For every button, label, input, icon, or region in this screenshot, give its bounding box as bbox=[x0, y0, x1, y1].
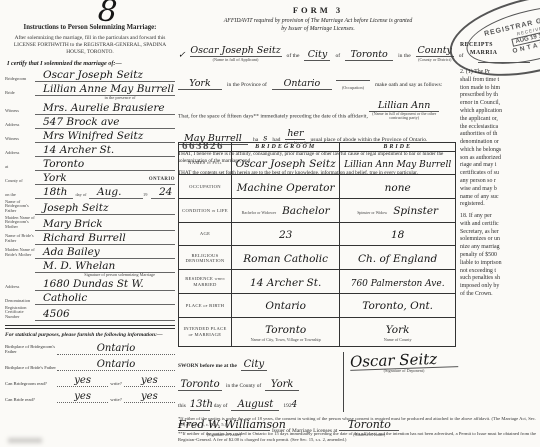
receipts-line1: RECEIPTS bbox=[460, 42, 493, 48]
solemnizer-signature: M. D. Whelan bbox=[35, 260, 175, 273]
field-label: Bride bbox=[5, 91, 35, 97]
groom-names: Oscar Joseph Seitz bbox=[232, 151, 340, 175]
field-value: 14 Archer St. bbox=[35, 144, 175, 157]
place-type-field: City bbox=[304, 44, 330, 62]
field-row-witness-1: Witness Mrs. Aurelie Brausiere bbox=[5, 102, 175, 115]
field-row-county: County of York ONTARIO bbox=[5, 172, 175, 185]
field-row-registration-number: Registration Certificate Number 4506 bbox=[5, 306, 175, 321]
bride-occupation: none bbox=[340, 175, 456, 199]
stat-value: yes bbox=[57, 375, 108, 387]
groom-age: 23 bbox=[232, 222, 340, 246]
field-value: Mrs. Aurelie Brausiere bbox=[35, 102, 175, 115]
cell-value: Roman Catholic bbox=[243, 253, 328, 265]
field-label: Name of Bridegroom's Father bbox=[5, 200, 35, 215]
province-line: York in the Province of Ontario (Occupat… bbox=[178, 68, 458, 91]
cell-value: Ontario bbox=[265, 300, 306, 312]
field-value: Ada Bailey bbox=[35, 246, 175, 259]
field-label: Name of Bride's Father bbox=[5, 234, 35, 244]
abode-paragraph: That, for the space of fifteen days** im… bbox=[178, 101, 458, 121]
document-scan: 8 Instructions to Person Solemnizing Mar… bbox=[0, 0, 540, 447]
row-label: PLACE of BIRTH bbox=[179, 293, 232, 317]
field-label: Maiden Name of Bride's Mother bbox=[5, 248, 35, 258]
bridegroom-column-header: BRIDEGROOM bbox=[232, 143, 340, 152]
field-label: Witness bbox=[5, 109, 35, 115]
footnote-residence: **If neither of the parties has resided … bbox=[178, 431, 536, 444]
stat-label-write: write? bbox=[108, 397, 123, 403]
field-row-solemnizer-signature: M. D. Whelan bbox=[5, 260, 175, 273]
cell-value: 23 bbox=[279, 229, 292, 241]
field-row-witness-2: Witness Mrs Winifred Seitz bbox=[5, 130, 175, 143]
receipts-line2: MARRIA bbox=[470, 50, 540, 58]
groom-occupation: Machine Operator bbox=[232, 175, 340, 199]
cell-sublabel: Name of City, Town, Village or Township bbox=[234, 338, 337, 343]
field-value: 4506 bbox=[35, 308, 175, 321]
applicant-line: ✓ Oscar Joseph Seitz (Name in full of Ap… bbox=[178, 40, 458, 63]
sworn-left: SWORN before me at the City Toronto in t… bbox=[178, 352, 343, 412]
solemnization-section: Instructions to Person Solemnizing Marri… bbox=[5, 24, 175, 403]
applicant-name-sublabel: (Name in full of Applicant) bbox=[190, 58, 282, 63]
bride-religion: Ch. of England bbox=[340, 246, 456, 270]
groom-religion: Roman Catholic bbox=[232, 246, 340, 270]
cell-value: 18 bbox=[391, 229, 404, 241]
field-value: Catholic bbox=[35, 292, 175, 305]
check-mark: ✓ bbox=[178, 50, 186, 60]
cell-value: Spinster bbox=[393, 205, 438, 217]
table-row-names: NAMES in Full Oscar Joseph Seitz Lillian… bbox=[179, 151, 456, 175]
cell-sublabel: Spinster or Widow bbox=[357, 210, 387, 215]
day-value: 18th bbox=[35, 186, 73, 199]
stat-label: Can Bride read? bbox=[5, 397, 57, 403]
solemnizer-signature-sublabel: Signature of person solemnizing Marriage bbox=[5, 273, 155, 277]
stat-value: yes bbox=[57, 391, 108, 403]
footnotes: *If either of the parties is under the a… bbox=[178, 414, 536, 444]
cell-value: Oscar Joseph Seitz bbox=[236, 158, 336, 170]
instructions-body: After solemnizing the marriage, fill in … bbox=[5, 35, 175, 55]
intended-place-county: York Name of County bbox=[340, 317, 456, 346]
table-row-residence: RESIDENCE when MARRIED 14 Archer St. 760… bbox=[179, 270, 456, 294]
statute-paragraph-2: 2. (1) The Pr shall from time t tion mad… bbox=[460, 69, 540, 209]
affidavit-intro-line2: by Issuer of Marriage Licenses. bbox=[281, 26, 355, 32]
year-printed: 192 bbox=[283, 403, 291, 409]
field-label bbox=[5, 272, 35, 273]
groom-condition: Bachelor or Widower Bachelor bbox=[232, 199, 340, 223]
field-value: Mary Brick bbox=[35, 218, 175, 231]
stat-row-groom-father-birthplace: Birthplace of Bridegroom's Father Ontari… bbox=[5, 343, 175, 355]
row-label: NAMES in Full bbox=[179, 151, 232, 175]
field-label: Registration Certificate Number bbox=[5, 306, 35, 321]
license-stamp-number: 663826 bbox=[182, 140, 224, 152]
sworn-month: August bbox=[231, 400, 279, 411]
field-row-date: on the 18th day of Aug. 19 24 bbox=[5, 186, 175, 199]
province-value: Ontario bbox=[272, 79, 332, 90]
stat-label: Birthplace of Bride's Father bbox=[5, 365, 57, 371]
bride-column-header: BRIDE bbox=[340, 143, 456, 152]
cell-value: Toronto, Ont. bbox=[362, 300, 433, 312]
table-row-religion: RELIGIOUS DENOMINATION Roman Catholic Ch… bbox=[179, 246, 456, 270]
field-row-bride: Bride Lillian Anne May Burrell bbox=[5, 83, 175, 96]
county-sublabel: (County or District) bbox=[416, 58, 454, 63]
stat-value: yes bbox=[124, 375, 175, 387]
marriage-details-table: 663826 BRIDEGROOM BRIDE NAMES in Full Os… bbox=[178, 142, 456, 347]
cell-value: none bbox=[385, 182, 411, 194]
deponent-name-field: Lillian Ann (Name in full of deponent or… bbox=[369, 101, 439, 121]
field-row-groom-father: Name of Bridegroom's Father Joseph Seitz bbox=[5, 200, 175, 215]
printed-text: in the Province of bbox=[227, 82, 267, 88]
field-value: York bbox=[35, 172, 149, 185]
field-row-at: at Toronto bbox=[5, 158, 175, 171]
field-label: Address bbox=[5, 123, 35, 129]
field-value: Mrs Winifred Seitz bbox=[35, 130, 175, 143]
bride-names: Lillian Ann May Burrell bbox=[340, 151, 456, 175]
row-label: RESIDENCE when MARRIED bbox=[179, 270, 232, 294]
printed-text: That, for the space of fifteen days** im… bbox=[178, 114, 368, 120]
sworn-city: Toronto bbox=[178, 380, 222, 391]
statute-margin-column: RECEIPTS MARRIA 2. (1) The Pr shall from… bbox=[460, 42, 540, 299]
printed-text: this bbox=[178, 403, 186, 409]
cell-value: Lillian Ann May Burrell bbox=[344, 160, 451, 170]
field-row-groom-mother: Maiden Name of Bridegroom's Mother Mary … bbox=[5, 216, 175, 231]
field-label: Address bbox=[5, 151, 35, 157]
stat-row-bride-literacy: Can Bride read? yes write? yes bbox=[5, 391, 175, 403]
field-label: Denomination bbox=[5, 299, 35, 305]
pronoun-value: her bbox=[285, 129, 305, 140]
cell-value: Ch. of England bbox=[358, 253, 437, 265]
city-field: Toronto bbox=[345, 44, 393, 62]
occupation-field: (Occupation) bbox=[336, 68, 370, 91]
groom-birthplace: Ontario bbox=[232, 293, 340, 317]
field-label: day of bbox=[73, 193, 89, 199]
deponent-signature-block: Oscar Seitz (Signature of Deponent) bbox=[343, 352, 458, 412]
bride-birthplace: Toronto, Ont. bbox=[340, 293, 456, 317]
applicant-name: Oscar Joseph Seitz bbox=[190, 46, 282, 57]
row-label: RELIGIOUS DENOMINATION bbox=[179, 246, 232, 270]
field-value: Richard Burrell bbox=[35, 232, 175, 245]
certify-line: I certify that I solemnized the marriage… bbox=[7, 60, 175, 67]
row-label: CONDITION in LIFE bbox=[179, 199, 232, 223]
field-label: Maiden Name of Bridegroom's Mother bbox=[5, 216, 35, 231]
table-row-birthplace: PLACE of BIRTH Ontario Toronto, Ont. bbox=[179, 293, 456, 317]
field-label: at bbox=[5, 165, 35, 171]
field-value: Oscar Joseph Seitz bbox=[35, 69, 175, 82]
bride-age: 18 bbox=[340, 222, 456, 246]
province-suffix: ONTARIO bbox=[149, 177, 175, 185]
field-row-address-1: Address 547 Brock ave bbox=[5, 116, 175, 129]
stat-label: Birthplace of Bridegroom's Father bbox=[5, 344, 57, 355]
applicant-name-field: Oscar Joseph Seitz (Name in full of Appl… bbox=[190, 40, 282, 63]
province-field: Ontario bbox=[272, 73, 332, 91]
field-value: Joseph Seitz bbox=[35, 202, 175, 215]
deponent-sublabel: (Name in full of deponent or the other c… bbox=[369, 112, 439, 121]
affidavit-intro: AFFIDAVIT required by provision of The M… bbox=[178, 18, 458, 34]
city-value: Toronto bbox=[345, 50, 393, 61]
printed-text: day of bbox=[214, 403, 228, 409]
section-divider bbox=[5, 325, 175, 329]
statute-paragraph-18: 18. If any per with and certific Secreta… bbox=[460, 213, 540, 299]
footnote-consent: *If either of the parties is under the a… bbox=[178, 416, 536, 429]
scan-smudge bbox=[8, 438, 42, 443]
printed-text: in the bbox=[398, 53, 411, 59]
field-row-address-2: Address 14 Archer St. bbox=[5, 144, 175, 157]
field-value: Toronto bbox=[35, 158, 175, 171]
field-label: Address bbox=[5, 285, 35, 291]
field-label: County of bbox=[5, 179, 35, 185]
cell-value: 760 Palmerston Ave. bbox=[351, 279, 445, 289]
year-value: 24 bbox=[151, 186, 175, 199]
printed-text: make oath and say as follows: bbox=[375, 82, 442, 88]
printed-text: SWORN before me at the bbox=[178, 363, 237, 369]
row-label: AGE bbox=[179, 222, 232, 246]
county-value-field: York bbox=[178, 73, 222, 91]
cell-sublabel: Bachelor or Widower bbox=[242, 210, 276, 215]
form-title: FORM 3 bbox=[178, 5, 458, 15]
stat-value: Ontario bbox=[57, 343, 175, 355]
table-row-occupation: OCCUPATION Machine Operator none bbox=[179, 175, 456, 199]
field-value: 1680 Dundas St W. bbox=[35, 278, 175, 291]
sworn-day: 13th bbox=[190, 400, 210, 411]
year-printed: 19 bbox=[143, 193, 151, 199]
sworn-place-type: City bbox=[241, 360, 267, 371]
cell-value: Machine Operator bbox=[237, 182, 335, 194]
field-row-bridegroom: Bridegroom Oscar Joseph Seitz bbox=[5, 69, 175, 82]
field-label: Bridegroom bbox=[5, 77, 35, 83]
cell-value: York bbox=[386, 324, 410, 336]
printed-text: in the County of bbox=[226, 383, 261, 389]
sworn-county: York bbox=[265, 380, 299, 391]
field-row-address-3: Address 1680 Dundas St W. bbox=[5, 278, 175, 291]
bride-residence: 760 Palmerston Ave. bbox=[340, 270, 456, 294]
field-label: on the bbox=[5, 193, 35, 199]
stat-value: Ontario bbox=[57, 359, 175, 371]
stat-row-groom-literacy: Can Bridegroom read? yes write? yes bbox=[5, 375, 175, 387]
receipts-header: RECEIPTS MARRIA bbox=[460, 42, 540, 57]
place-type: City bbox=[304, 50, 330, 61]
cell-sublabel: Name of County bbox=[342, 338, 453, 343]
field-row-denomination: Denomination Catholic bbox=[5, 292, 175, 305]
groom-residence: 14 Archer St. bbox=[232, 270, 340, 294]
table-row-condition: CONDITION in LIFE Bachelor or Widower Ba… bbox=[179, 199, 456, 223]
printed-text: of bbox=[335, 53, 340, 59]
county-value: York bbox=[178, 79, 222, 90]
presence-note: in the presence of bbox=[65, 96, 175, 100]
statistics-intro: For statistical purposes, please furnish… bbox=[5, 332, 175, 339]
field-row-bride-mother: Maiden Name of Bride's Mother Ada Bailey bbox=[5, 246, 175, 259]
instructions-title: Instructions to Person Solemnizing Marri… bbox=[5, 24, 175, 32]
stat-row-bride-father-birthplace: Birthplace of Bride's Father Ontario bbox=[5, 359, 175, 371]
stat-label-write: write? bbox=[108, 381, 123, 387]
field-value: 547 Brock ave bbox=[35, 116, 175, 129]
field-label: Witness bbox=[5, 137, 35, 143]
cell-value: Toronto bbox=[265, 324, 306, 336]
row-label: OCCUPATION bbox=[179, 175, 232, 199]
occupation-sublabel: (Occupation) bbox=[336, 86, 370, 91]
margin-rule bbox=[478, 62, 530, 63]
cell-value: Bachelor bbox=[282, 205, 330, 217]
sworn-year: 4 bbox=[292, 400, 298, 410]
bride-condition: Spinster or Widow Spinster bbox=[340, 199, 456, 223]
stat-label: Can Bridegroom read? bbox=[5, 381, 57, 387]
table-row-intended-place: INTENDED PLACE of MARRIAGE Toronto Name … bbox=[179, 317, 456, 346]
table-row-age: AGE 23 18 bbox=[179, 222, 456, 246]
intended-place-city: Toronto Name of City, Town, Village or T… bbox=[232, 317, 340, 346]
cell-value: 14 Archer St. bbox=[250, 277, 321, 289]
row-label: INTENDED PLACE of MARRIAGE bbox=[179, 317, 232, 346]
occupation-value bbox=[336, 80, 370, 81]
printed-text: of the bbox=[287, 53, 300, 59]
stat-value: yes bbox=[124, 391, 175, 403]
deponent-signature: Oscar Seitz bbox=[350, 350, 459, 371]
field-row-bride-father: Name of Bride's Father Richard Burrell bbox=[5, 232, 175, 245]
month-value: Aug. bbox=[89, 186, 143, 199]
affidavit-intro-line1: AFFIDAVIT required by provision of The M… bbox=[224, 18, 412, 24]
